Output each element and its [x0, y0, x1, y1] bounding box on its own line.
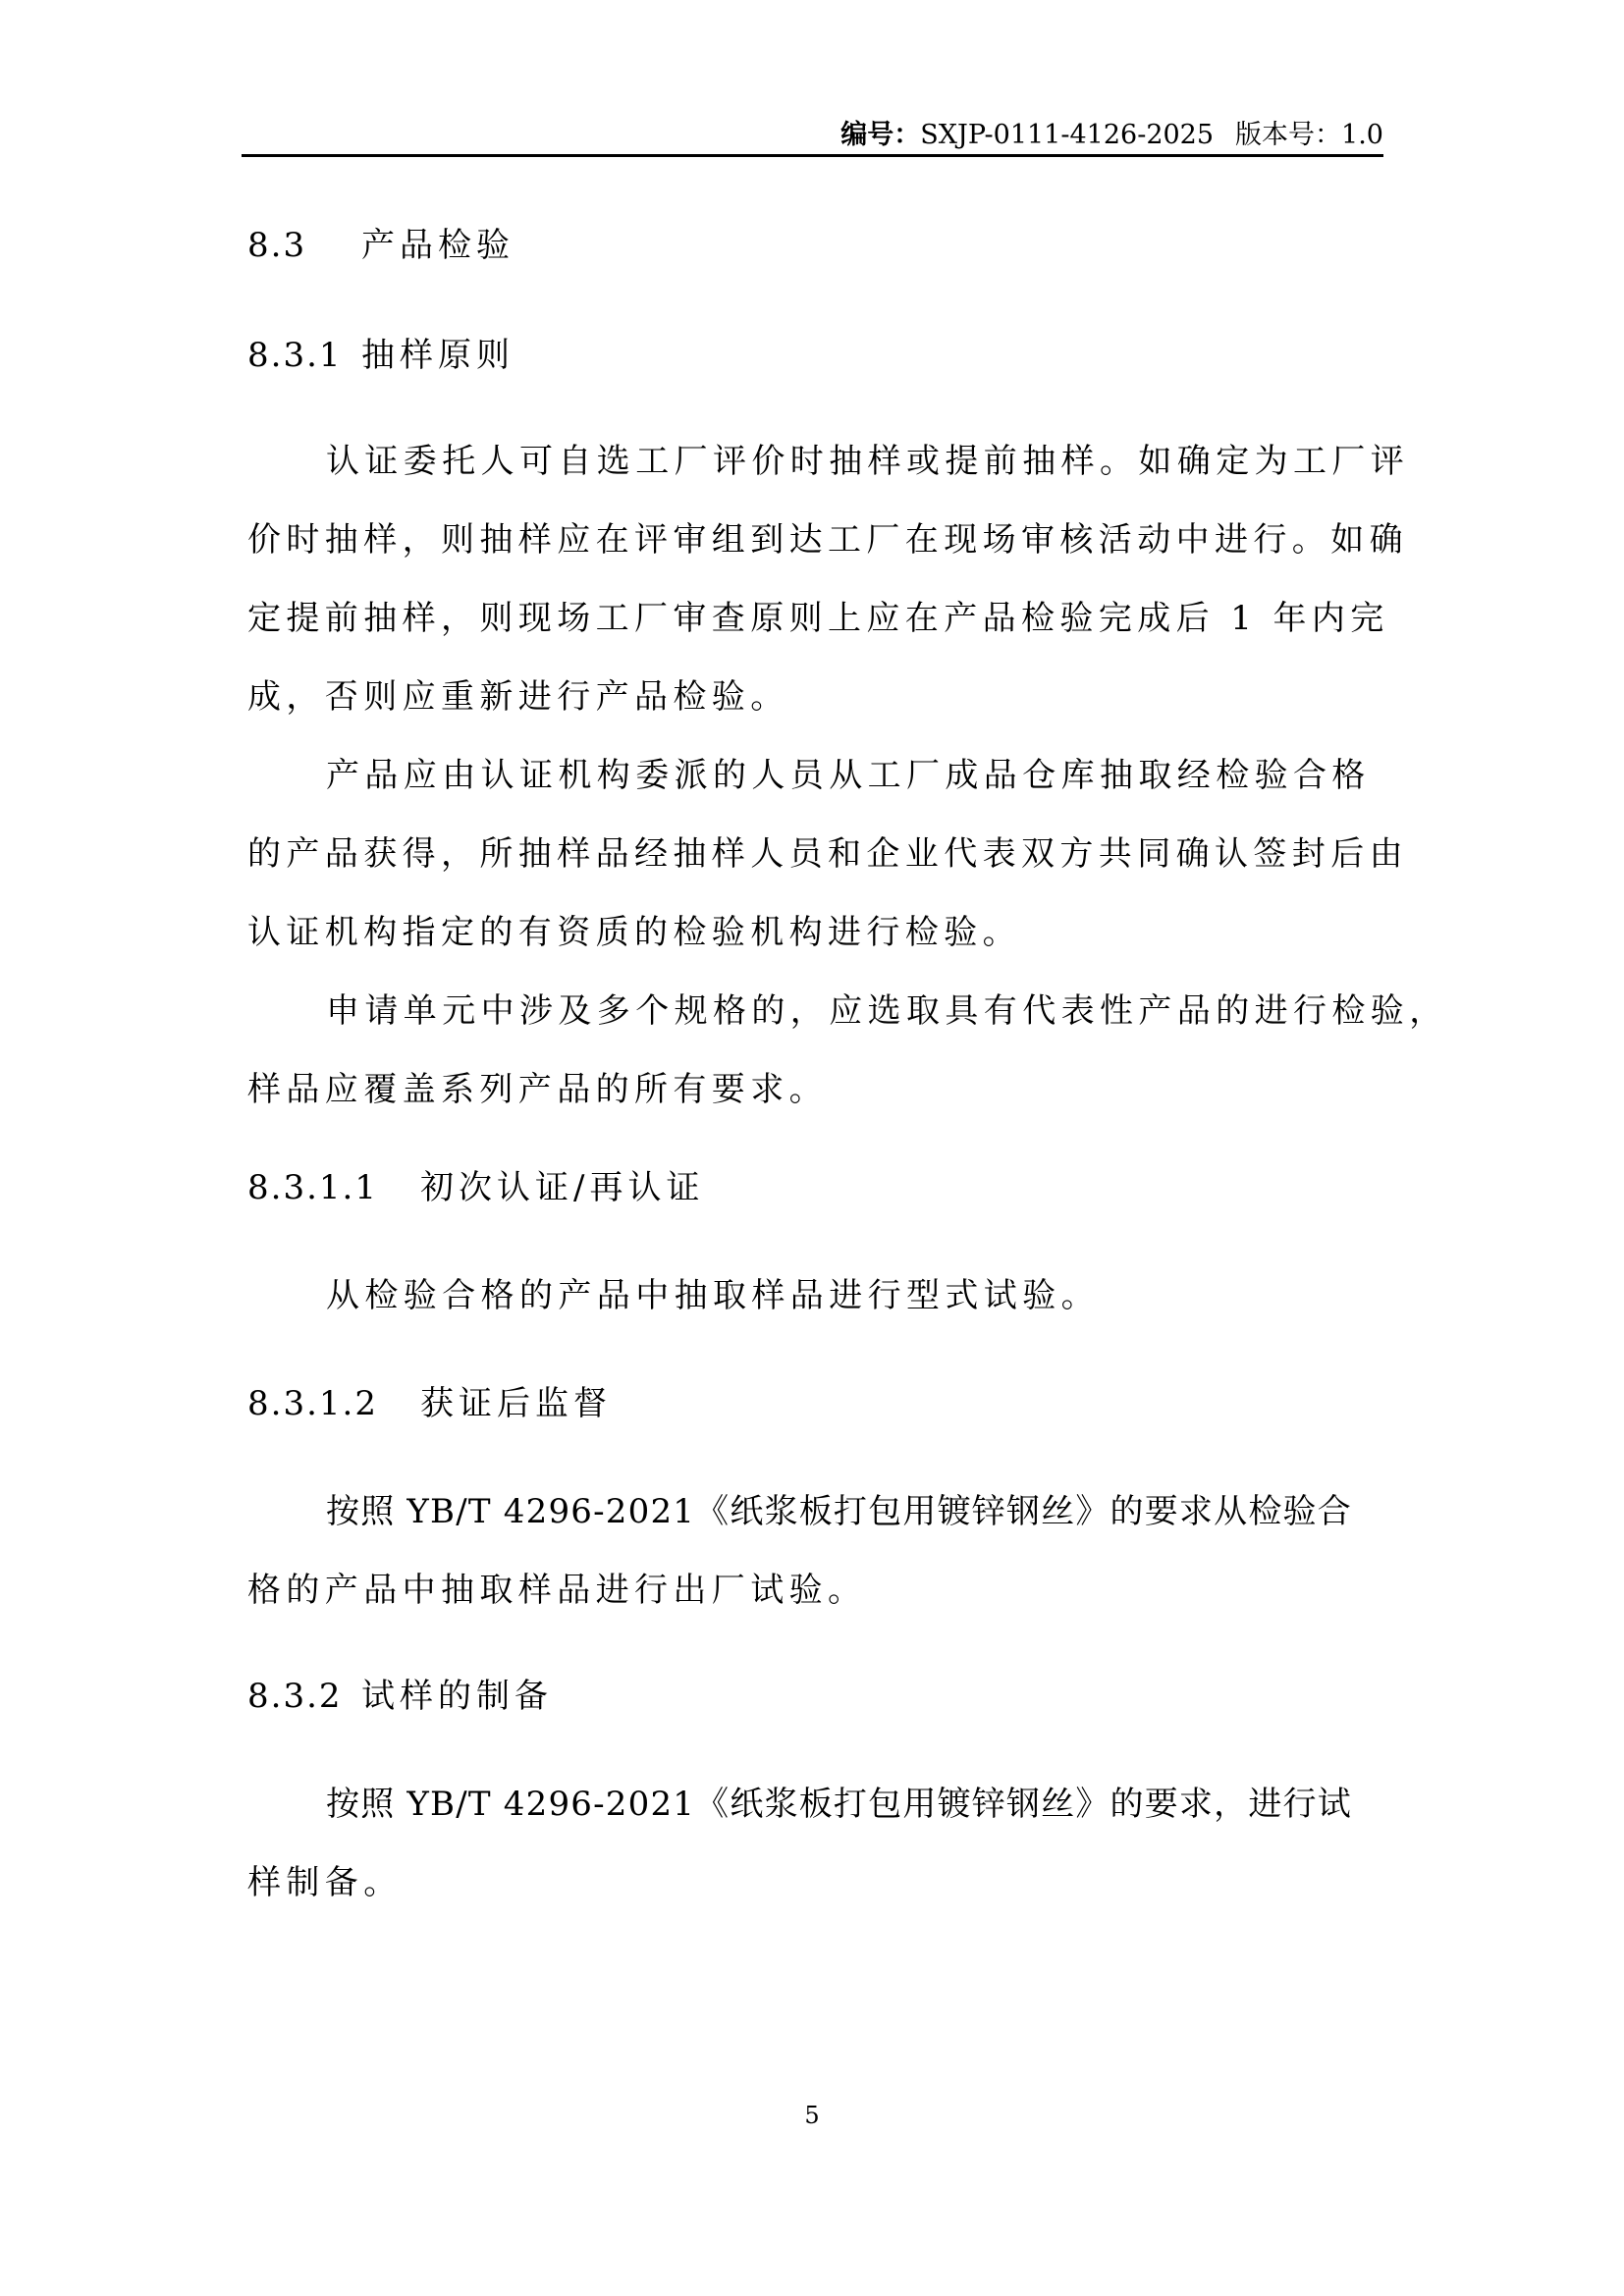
heading-8-3-1-1: 8.3.1.1 初次认证/再认证 [247, 1163, 378, 1212]
paragraph-line: 格的产品中抽取样品进行出厂试验。 [247, 1566, 1379, 1615]
heading-number: 8.3.1.1 [247, 1163, 378, 1212]
page-number: 5 [0, 2101, 1624, 2130]
page-header: 编号：SXJP-0111-4126-2025版本号：1.0 [242, 114, 1383, 157]
heading-title: 获证后监督 [420, 1379, 612, 1428]
paragraph-line: 价时抽样，则抽样应在评审组到达工厂在现场审核活动中进行。如确 [247, 515, 1379, 564]
document-page: 编号：SXJP-0111-4126-2025版本号：1.0 8.3 产品检验 8… [0, 0, 1624, 2296]
heading-title: 试样的制备 [361, 1672, 553, 1721]
paragraph-line: 申请单元中涉及多个规格的，应选取具有代表性产品的进行检验， [326, 987, 1379, 1036]
heading-number: 8.3.2 [247, 1672, 343, 1721]
heading-title: 初次认证/再认证 [420, 1163, 704, 1212]
paragraph-line: 定提前抽样，则现场工厂审查原则上应在产品检验完成后 1 年内完 [247, 594, 1379, 643]
paragraph-line: 认证机构指定的有资质的检验机构进行检验。 [247, 908, 1379, 957]
header-rule [242, 154, 1383, 157]
heading-title: 抽样原则 [361, 331, 514, 380]
doc-number-label: 编号： [840, 120, 920, 150]
doc-number-value: SXJP-0111-4126-2025 [920, 120, 1214, 150]
heading-8-3: 8.3 产品检验 [247, 221, 306, 270]
paragraph-line: 产品应由认证机构委派的人员从工厂成品仓库抽取经检验合格 [326, 751, 1379, 800]
paragraph-line: 成，否则应重新进行产品检验。 [247, 672, 1379, 721]
paragraph-line: 按照 YB/T 4296-2021《纸浆板打包用镀锌钢丝》的要求从检验合 [326, 1487, 1379, 1536]
paragraph-line: 的产品获得，所抽样品经抽样人员和企业代表双方共同确认签封后由 [247, 829, 1379, 879]
version-value: 1.0 [1341, 120, 1383, 150]
heading-8-3-2: 8.3.2 试样的制备 [247, 1672, 343, 1721]
paragraph-line: 从检验合格的产品中抽取样品进行型式试验。 [326, 1271, 1379, 1320]
paragraph-line: 按照 YB/T 4296-2021《纸浆板打包用镀锌钢丝》的要求，进行试 [326, 1780, 1379, 1829]
version-label: 版本号： [1235, 120, 1341, 150]
heading-number: 8.3 [247, 221, 306, 270]
heading-8-3-1-2: 8.3.1.2 获证后监督 [247, 1379, 378, 1428]
heading-title: 产品检验 [361, 221, 514, 270]
heading-number: 8.3.1.2 [247, 1379, 378, 1428]
heading-8-3-1: 8.3.1 抽样原则 [247, 331, 343, 380]
paragraph-line: 认证委托人可自选工厂评价时抽样或提前抽样。如确定为工厂评 [326, 437, 1379, 486]
heading-number: 8.3.1 [247, 331, 343, 380]
paragraph-line: 样品应覆盖系列产品的所有要求。 [247, 1065, 1379, 1114]
paragraph-line: 样制备。 [247, 1858, 1379, 1907]
